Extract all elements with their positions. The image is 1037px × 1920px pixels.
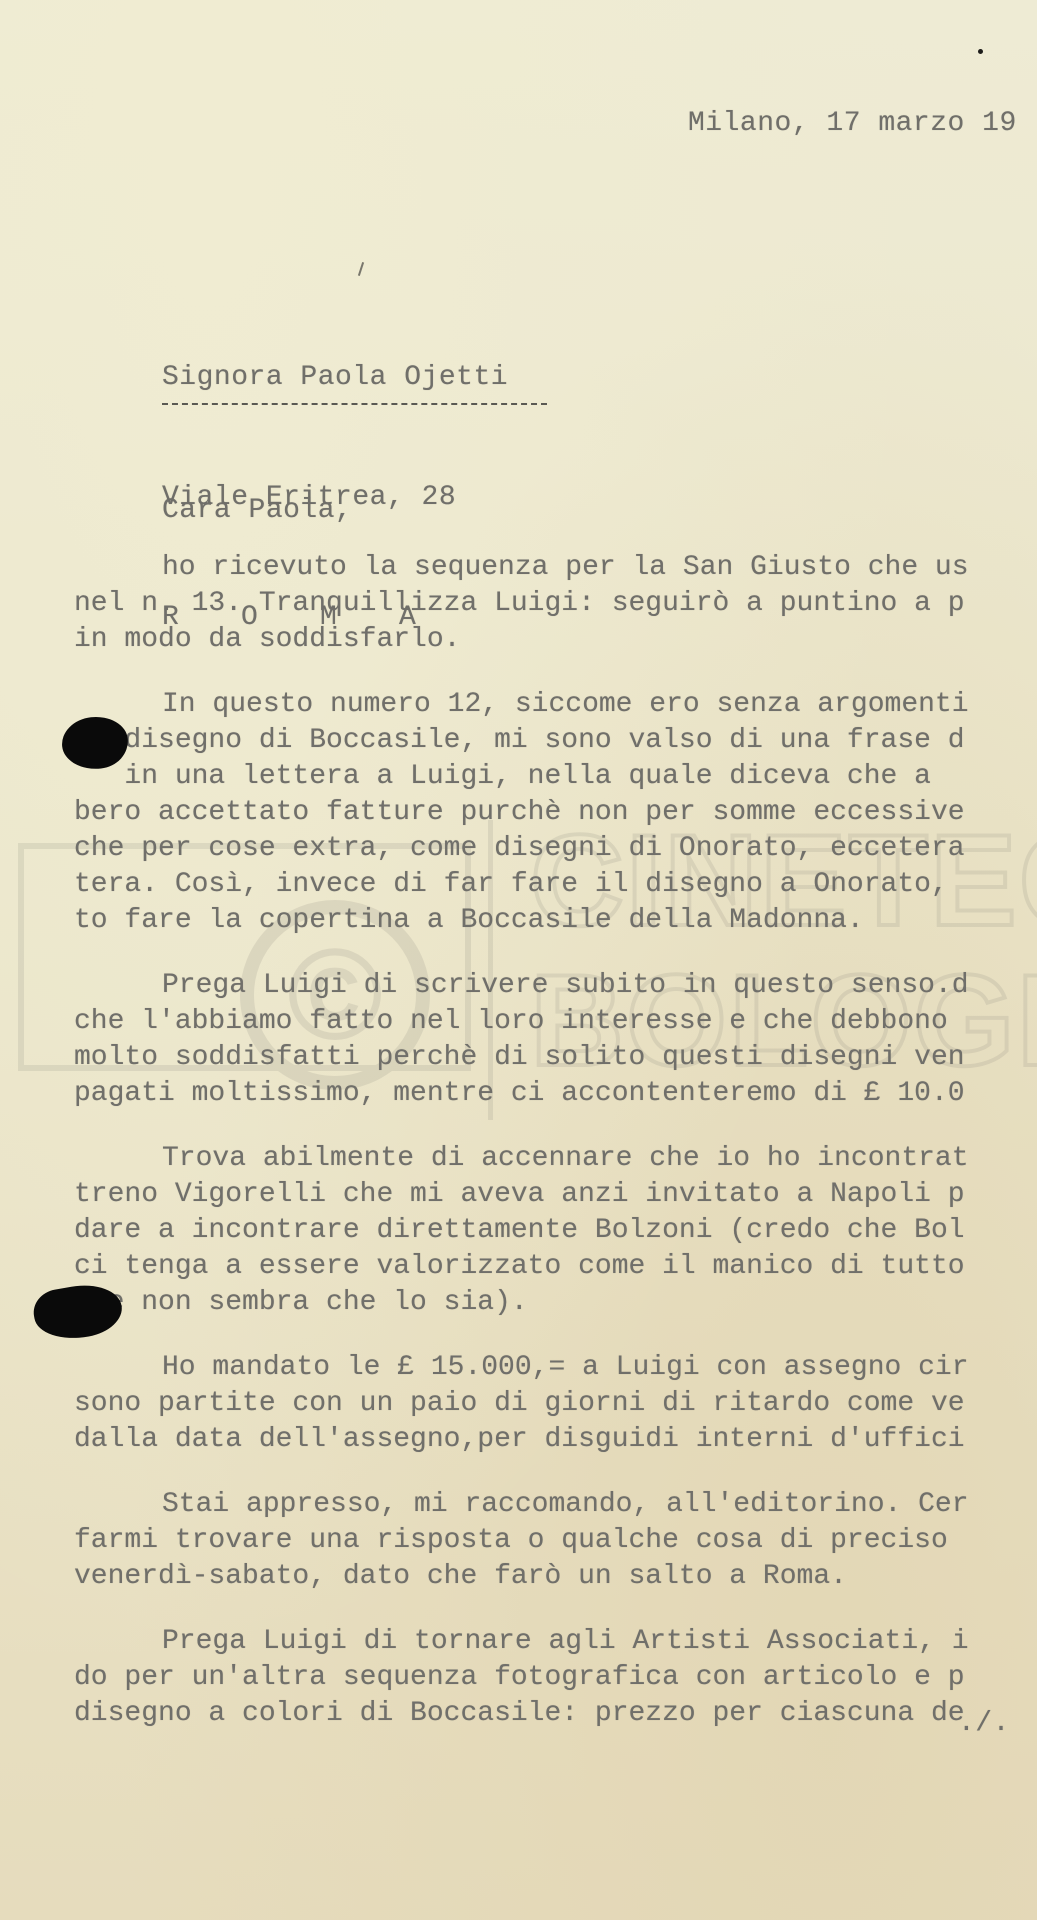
text-line: che per cose extra, come disegni di Onor…: [74, 831, 1037, 867]
text-line: farmi trovare una risposta o qualche cos…: [74, 1523, 1037, 1559]
city-underline: [162, 403, 547, 405]
ink-speck: [978, 49, 983, 54]
text-line: Stai appresso, mi raccomando, all'editor…: [74, 1487, 1037, 1523]
text-line: tera. Così, invece di far fare il disegn…: [74, 867, 1037, 903]
text-line: treno Vigorelli che mi aveva anzi invita…: [74, 1177, 1037, 1213]
text-line: disegno a colori di Boccasile: prezzo pe…: [74, 1696, 1037, 1732]
text-line: Trova abilmente di accennare che io ho i…: [74, 1141, 1037, 1177]
text-line: ci tenga a essere valorizzato come il ma…: [74, 1249, 1037, 1285]
text-line: In questo numero 12, siccome ero senza a…: [74, 687, 1037, 723]
text-line: in una lettera a Luigi, nella quale dice…: [74, 759, 1037, 795]
letter-page: © CINETECA BOLOGNA Milano, 17 marzo 19 S…: [0, 0, 1037, 1920]
text-line: to fare la copertina a Boccasile della M…: [74, 903, 1037, 939]
paragraph: ho ricevuto la sequenza per la San Giust…: [74, 550, 1037, 658]
paragraph: Prega Luigi di tornare agli Artisti Asso…: [74, 1624, 1037, 1732]
text-line: Prega Luigi di tornare agli Artisti Asso…: [74, 1624, 1037, 1660]
text-line: molto soddisfatti perchè di solito quest…: [74, 1040, 1037, 1076]
paragraph: Prega Luigi di scrivere subito in questo…: [74, 968, 1037, 1112]
continuation-mark: ./.: [958, 1708, 1010, 1739]
recipient-name: Signora Paola Ojetti: [162, 358, 547, 398]
pen-tick-mark: [358, 262, 364, 276]
text-line: tre non sembra che lo sia).: [74, 1285, 1037, 1321]
text-line: in modo da soddisfarlo.: [74, 622, 1037, 658]
paragraph: In questo numero 12, siccome ero senza a…: [74, 687, 1037, 939]
text-line: dare a incontrare direttamente Bolzoni (…: [74, 1213, 1037, 1249]
paragraph: Ho mandato le £ 15.000,= a Luigi con ass…: [74, 1350, 1037, 1458]
text-line: dalla data dell'assegno,per disguidi int…: [74, 1422, 1037, 1458]
text-line: Ho mandato le £ 15.000,= a Luigi con ass…: [74, 1350, 1037, 1386]
text-line: che l'abbiamo fatto nel loro interesse e…: [74, 1004, 1037, 1040]
salutation: Cara Paola,: [162, 495, 352, 526]
text-line: Prega Luigi di scrivere subito in questo…: [74, 968, 1037, 1004]
text-line: pagati moltissimo, mentre ci accontenter…: [74, 1076, 1037, 1112]
text-line: ho ricevuto la sequenza per la San Giust…: [74, 550, 1037, 586]
text-line: il disegno di Boccasile, mi sono valso d…: [74, 723, 1037, 759]
text-line: sono partite con un paio di giorni di ri…: [74, 1386, 1037, 1422]
text-line: bero accettato fatture purchè non per so…: [74, 795, 1037, 831]
text-line: do per un'altra sequenza fotografica con…: [74, 1660, 1037, 1696]
text-line: nel n. 13. Tranquillizza Luigi: seguirò …: [74, 586, 1037, 622]
paragraph: Trova abilmente di accennare che io ho i…: [74, 1141, 1037, 1321]
letter-body: ho ricevuto la sequenza per la San Giust…: [74, 550, 1037, 1761]
paragraph: Stai appresso, mi raccomando, all'editor…: [74, 1487, 1037, 1595]
text-line: venerdì-sabato, dato che farò un salto a…: [74, 1559, 1037, 1595]
letter-date: Milano, 17 marzo 19: [688, 108, 1017, 139]
